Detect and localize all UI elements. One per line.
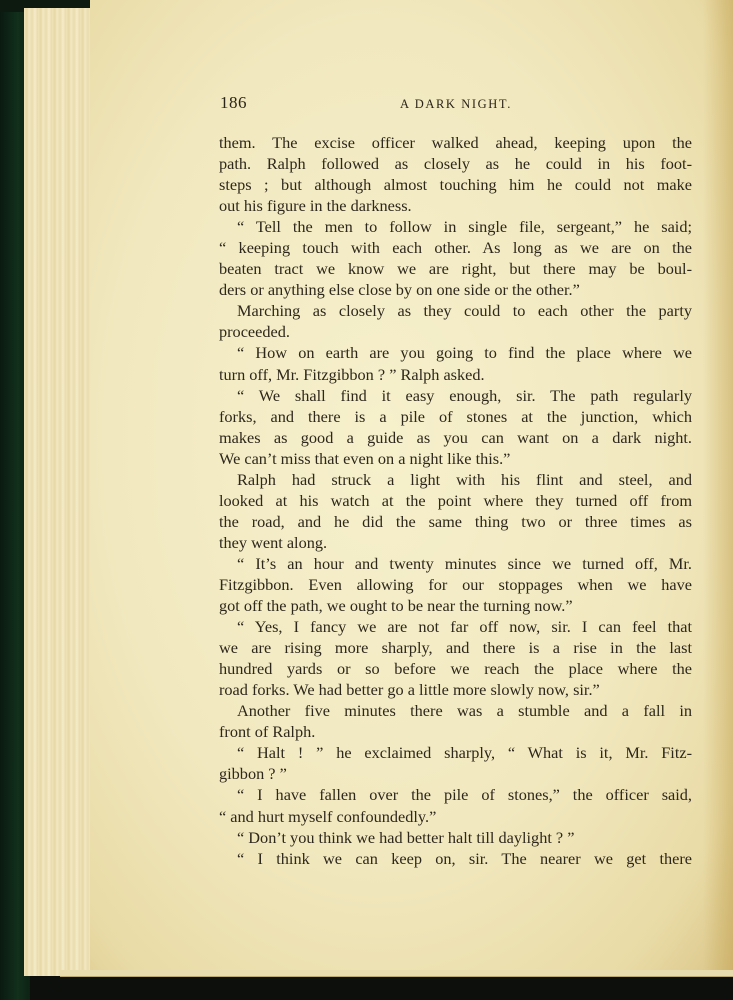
text-line: Marching as closely as they could to eac… xyxy=(219,300,692,321)
text-line: proceeded. xyxy=(219,321,692,342)
running-title: A DARK NIGHT. xyxy=(220,97,692,112)
page-shadow xyxy=(703,0,733,976)
text-line: “ Halt ! ” he exclaimed sharply, “ What … xyxy=(219,742,692,763)
text-line: “ I think we can keep on, sir. The neare… xyxy=(219,848,692,869)
text-line: steps ; but although almost touching him… xyxy=(219,174,692,195)
page-bottom-edge xyxy=(60,970,733,977)
text-line: “ and hurt myself confoundedly.” xyxy=(219,806,692,827)
text-line: “ I have fallen over the pile of stones,… xyxy=(219,784,692,805)
text-line: ders or anything else close by on one si… xyxy=(219,279,692,300)
text-line: makes as good a guide as you can want on… xyxy=(219,427,692,448)
text-line: they went along. xyxy=(219,532,692,553)
text-line: hundred yards or so before we reach the … xyxy=(219,658,692,679)
text-line: turn off, Mr. Fitzgibbon ? ” Ralph asked… xyxy=(219,364,692,385)
text-line: Ralph had struck a light with his flint … xyxy=(219,469,692,490)
text-line: “ Yes, I fancy we are not far off now, s… xyxy=(219,616,692,637)
text-line: Another five minutes there was a stumble… xyxy=(219,700,692,721)
text-line: road forks. We had better go a little mo… xyxy=(219,679,692,700)
text-line: path. Ralph followed as closely as he co… xyxy=(219,153,692,174)
text-line: Fitzgibbon. Even allowing for our stoppa… xyxy=(219,574,692,595)
page-header: 186 A DARK NIGHT. xyxy=(220,93,692,117)
text-line: “ We shall find it easy enough, sir. The… xyxy=(219,385,692,406)
text-line: out his figure in the darkness. xyxy=(219,195,692,216)
text-line: looked at his watch at the point where t… xyxy=(219,490,692,511)
text-line: “ Don’t you think we had better halt til… xyxy=(219,827,692,848)
text-line: We can’t miss that even on a night like … xyxy=(219,448,692,469)
text-line: beaten tract we know we are right, but t… xyxy=(219,258,692,279)
text-line: front of Ralph. xyxy=(219,721,692,742)
text-line: “ How on earth are you going to find the… xyxy=(219,342,692,363)
text-line: “ keeping touch with each other. As long… xyxy=(219,237,692,258)
text-line: we are rising more sharply, and there is… xyxy=(219,637,692,658)
text-line: “ Tell the men to follow in single file,… xyxy=(219,216,692,237)
body-text: them. The excise officer walked ahead, k… xyxy=(219,132,692,869)
text-line: “ It’s an hour and twenty minutes since … xyxy=(219,553,692,574)
text-line: them. The excise officer walked ahead, k… xyxy=(219,132,692,153)
text-line: got off the path, we ought to be near th… xyxy=(219,595,692,616)
text-line: gibbon ? ” xyxy=(219,763,692,784)
text-line: forks, and there is a pile of stones at … xyxy=(219,406,692,427)
text-line: the road, and he did the same thing two … xyxy=(219,511,692,532)
